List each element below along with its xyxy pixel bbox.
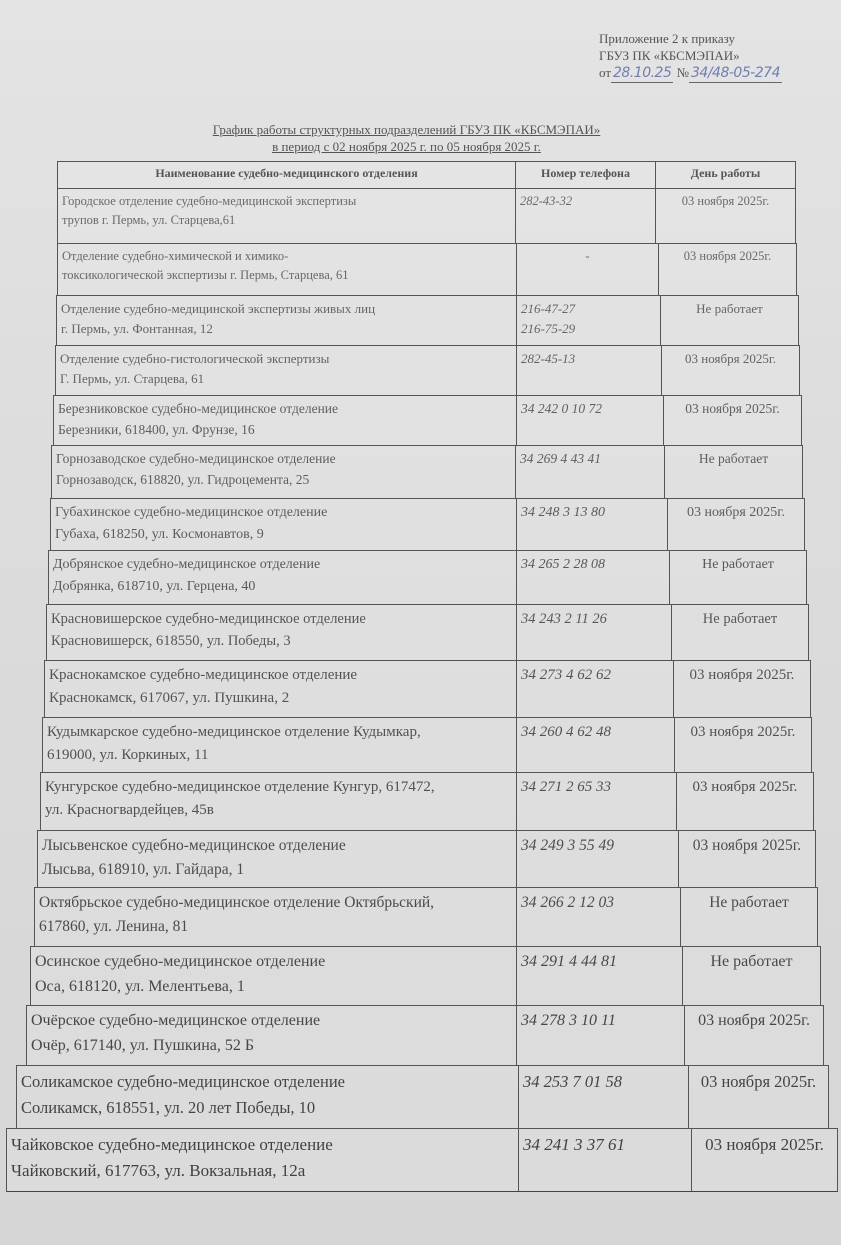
department-name: Кунгурское судебно-медицинское отделение… <box>41 773 517 830</box>
department-name-line: Отделение судебно-медицинской экспертизы… <box>61 299 512 319</box>
work-day: 03 ноября 2025г. <box>677 773 813 830</box>
department-name-line: Краснокамск, 617067, ул. Пушкина, 2 <box>49 687 512 710</box>
phone-number-line: - <box>521 247 654 266</box>
department-name: Лысьвенское судебно-медицинское отделени… <box>38 831 517 887</box>
work-day: 03 ноября 2025г. <box>685 1006 823 1065</box>
department-name-line: ул. Красногвардейцев, 45в <box>45 799 512 822</box>
work-day: 03 ноября 2025г. <box>659 244 796 295</box>
department-name: Чайковское судебно-медицинское отделение… <box>7 1129 519 1191</box>
phone-number: 34 291 4 44 81 <box>517 947 683 1005</box>
work-day: Не работает <box>672 605 808 660</box>
work-day: 03 ноября 2025г. <box>656 189 795 243</box>
department-name-line: Кудымкарское судебно-медицинское отделен… <box>47 721 512 744</box>
phone-number: 34 241 3 37 61 <box>519 1129 692 1191</box>
work-day: 03 ноября 2025г. <box>662 346 799 395</box>
phone-number-line: 216-47-27 <box>521 299 656 319</box>
department-name-line: Городское отделение судебно-медицинской … <box>62 192 511 211</box>
department-name-line: Лысьвенское судебно-медицинское отделени… <box>42 834 512 858</box>
department-name: Добрянское судебно-медицинское отделение… <box>49 551 517 604</box>
work-day: 03 ноября 2025г. <box>679 831 815 887</box>
schedule-table: Наименование судебно-медицинского отделе… <box>0 0 841 1245</box>
phone-number-line: 34 242 0 10 72 <box>521 399 659 420</box>
phone-number: 34 273 4 62 62 <box>517 661 674 717</box>
department-name-line: г. Пермь, ул. Фонтанная, 12 <box>61 319 512 339</box>
work-day: 03 ноября 2025г. <box>675 718 811 772</box>
department-name-line: Добрянка, 618710, ул. Герцена, 40 <box>53 576 512 598</box>
department-name-line: трупов г. Пермь, ул. Старцева,61 <box>62 211 511 230</box>
phone-number: 34 253 7 01 58 <box>519 1066 689 1128</box>
department-name: Губахинское судебно-медицинское отделени… <box>51 499 517 550</box>
phone-number: 34 266 2 12 03 <box>517 888 681 946</box>
department-name-line: Губаха, 618250, ул. Космонавтов, 9 <box>55 524 512 546</box>
phone-number: 34 269 4 43 41 <box>516 446 665 498</box>
department-name-line: Октябрьское судебно-медицинское отделени… <box>39 891 512 915</box>
department-name-line: Горнозаводск, 618820, ул. Гидроцемента, … <box>56 470 511 491</box>
header-name: Наименование судебно-медицинского отделе… <box>58 162 516 188</box>
phone-number-line: 34 266 2 12 03 <box>521 891 676 915</box>
work-day: 03 ноября 2025г. <box>674 661 810 717</box>
table-row: Лысьвенское судебно-медицинское отделени… <box>37 830 816 887</box>
department-name: Отделение судебно-химической и химико-то… <box>58 244 517 295</box>
header-day: День работы <box>656 162 795 188</box>
table-row: Городское отделение судебно-медицинской … <box>57 188 796 243</box>
department-name-line: Чайковское судебно-медицинское отделение <box>11 1132 514 1158</box>
department-name-line: токсикологической экспертизы г. Пермь, С… <box>62 266 512 285</box>
department-name-line: Краснокамское судебно-медицинское отделе… <box>49 664 512 687</box>
phone-number-line: 34 248 3 13 80 <box>521 502 663 524</box>
table-row: Чайковское судебно-медицинское отделение… <box>6 1128 838 1192</box>
work-day: 03 ноября 2025г. <box>689 1066 828 1128</box>
phone-number-line: 282-43-32 <box>520 192 651 211</box>
phone-number-line: 34 273 4 62 62 <box>521 664 669 687</box>
department-name-line: Горнозаводское судебно-медицинское отдел… <box>56 449 511 470</box>
phone-number-line: 34 260 4 62 48 <box>521 721 670 744</box>
phone-number: 34 243 2 11 26 <box>517 605 672 660</box>
work-day: 03 ноября 2025г. <box>668 499 804 550</box>
work-day: Не работает <box>681 888 817 946</box>
department-name-line: 619000, ул. Коркиных, 11 <box>47 744 512 767</box>
department-name-line: Губахинское судебно-медицинское отделени… <box>55 502 512 524</box>
table-row: Кудымкарское судебно-медицинское отделен… <box>42 717 812 772</box>
phone-number: 34 265 2 28 08 <box>517 551 670 604</box>
department-name-line: Красновишерск, 618550, ул. Победы, 3 <box>51 630 512 652</box>
department-name-line: Кунгурское судебно-медицинское отделение… <box>45 776 512 799</box>
department-name: Кудымкарское судебно-медицинское отделен… <box>43 718 517 772</box>
work-day: Не работает <box>683 947 820 1005</box>
department-name-line: Соликамское судебно-медицинское отделени… <box>21 1069 514 1095</box>
phone-number-line: 34 271 2 65 33 <box>521 776 672 799</box>
work-day: Не работает <box>661 296 798 345</box>
table-row: Отделение судебно-медицинской экспертизы… <box>56 295 799 345</box>
phone-number-line: 34 249 3 55 49 <box>521 834 674 858</box>
department-name: Горнозаводское судебно-медицинское отдел… <box>52 446 516 498</box>
department-name: Осинское судебно-медицинское отделениеОс… <box>31 947 517 1005</box>
work-day: Не работает <box>665 446 802 498</box>
department-name: Красновишерское судебно-медицинское отде… <box>47 605 517 660</box>
department-name: Очёрское судебно-медицинское отделениеОч… <box>27 1006 517 1065</box>
department-name-line: Оса, 618120, ул. Мелентьева, 1 <box>35 975 512 1000</box>
table-row: Октябрьское судебно-медицинское отделени… <box>34 887 818 946</box>
table-row: Красновишерское судебно-медицинское отде… <box>46 604 809 660</box>
department-name-line: Осинское судебно-медицинское отделение <box>35 950 512 975</box>
department-name: Отделение судебно-гистологической экспер… <box>56 346 517 395</box>
table-row: Кунгурское судебно-медицинское отделение… <box>40 772 814 830</box>
department-name-line: Добрянское судебно-медицинское отделение <box>53 554 512 576</box>
table-row: Соликамское судебно-медицинское отделени… <box>16 1065 829 1128</box>
phone-number: 34 248 3 13 80 <box>517 499 668 550</box>
phone-number-line: 282-45-13 <box>521 349 657 369</box>
department-name-line: Отделение судебно-химической и химико- <box>62 247 512 266</box>
table-row: Осинское судебно-медицинское отделениеОс… <box>30 946 821 1005</box>
phone-number-line: 216-75-29 <box>521 319 656 339</box>
phone-number: 216-47-27216-75-29 <box>517 296 661 345</box>
department-name-line: Соликамск, 618551, ул. 20 лет Победы, 10 <box>21 1095 514 1121</box>
work-day: Не работает <box>670 551 806 604</box>
phone-number-line: 34 241 3 37 61 <box>523 1132 687 1158</box>
phone-number: 34 278 3 10 11 <box>517 1006 685 1065</box>
department-name-line: Г. Пермь, ул. Старцева, 61 <box>60 369 512 389</box>
header-phone: Номер телефона <box>516 162 656 188</box>
table-row: Березниковское судебно-медицинское отдел… <box>53 395 802 445</box>
table-row: Очёрское судебно-медицинское отделениеОч… <box>26 1005 824 1065</box>
table-header-row: Наименование судебно-медицинского отделе… <box>57 161 796 188</box>
phone-number-line: 34 278 3 10 11 <box>521 1009 680 1034</box>
table-row: Краснокамское судебно-медицинское отделе… <box>44 660 811 717</box>
department-name: Отделение судебно-медицинской экспертизы… <box>57 296 517 345</box>
table-row: Горнозаводское судебно-медицинское отдел… <box>51 445 803 498</box>
department-name-line: Красновишерское судебно-медицинское отде… <box>51 608 512 630</box>
phone-number-line: 34 269 4 43 41 <box>520 449 660 470</box>
department-name: Соликамское судебно-медицинское отделени… <box>17 1066 519 1128</box>
phone-number: 282-43-32 <box>516 189 656 243</box>
table-row: Добрянское судебно-медицинское отделение… <box>48 550 807 604</box>
department-name: Городское отделение судебно-медицинской … <box>58 189 516 243</box>
phone-number-line: 34 243 2 11 26 <box>521 608 667 630</box>
department-name-line: Березники, 618400, ул. Фрунзе, 16 <box>58 420 512 441</box>
phone-number: - <box>517 244 659 295</box>
department-name-line: Очёр, 617140, ул. Пушкина, 52 Б <box>31 1034 512 1059</box>
department-name-line: Отделение судебно-гистологической экспер… <box>60 349 512 369</box>
department-name-line: Березниковское судебно-медицинское отдел… <box>58 399 512 420</box>
department-name-line: Чайковский, 617763, ул. Вокзальная, 12а <box>11 1158 514 1184</box>
work-day: 03 ноября 2025г. <box>664 396 801 445</box>
phone-number-line: 34 253 7 01 58 <box>523 1069 684 1095</box>
phone-number-line: 34 265 2 28 08 <box>521 554 665 576</box>
phone-number: 34 271 2 65 33 <box>517 773 677 830</box>
phone-number: 34 242 0 10 72 <box>517 396 664 445</box>
department-name: Березниковское судебно-медицинское отдел… <box>54 396 517 445</box>
department-name-line: Очёрское судебно-медицинское отделение <box>31 1009 512 1034</box>
table-row: Губахинское судебно-медицинское отделени… <box>50 498 805 550</box>
work-day: 03 ноября 2025г. <box>692 1129 837 1191</box>
table-row: Отделение судебно-гистологической экспер… <box>55 345 800 395</box>
table-row: Отделение судебно-химической и химико-то… <box>57 243 797 295</box>
department-name: Краснокамское судебно-медицинское отделе… <box>45 661 517 717</box>
phone-number: 34 249 3 55 49 <box>517 831 679 887</box>
department-name: Октябрьское судебно-медицинское отделени… <box>35 888 517 946</box>
phone-number: 282-45-13 <box>517 346 662 395</box>
phone-number-line: 34 291 4 44 81 <box>521 950 678 975</box>
department-name-line: Лысьва, 618910, ул. Гайдара, 1 <box>42 858 512 882</box>
phone-number: 34 260 4 62 48 <box>517 718 675 772</box>
department-name-line: 617860, ул. Ленина, 81 <box>39 915 512 939</box>
